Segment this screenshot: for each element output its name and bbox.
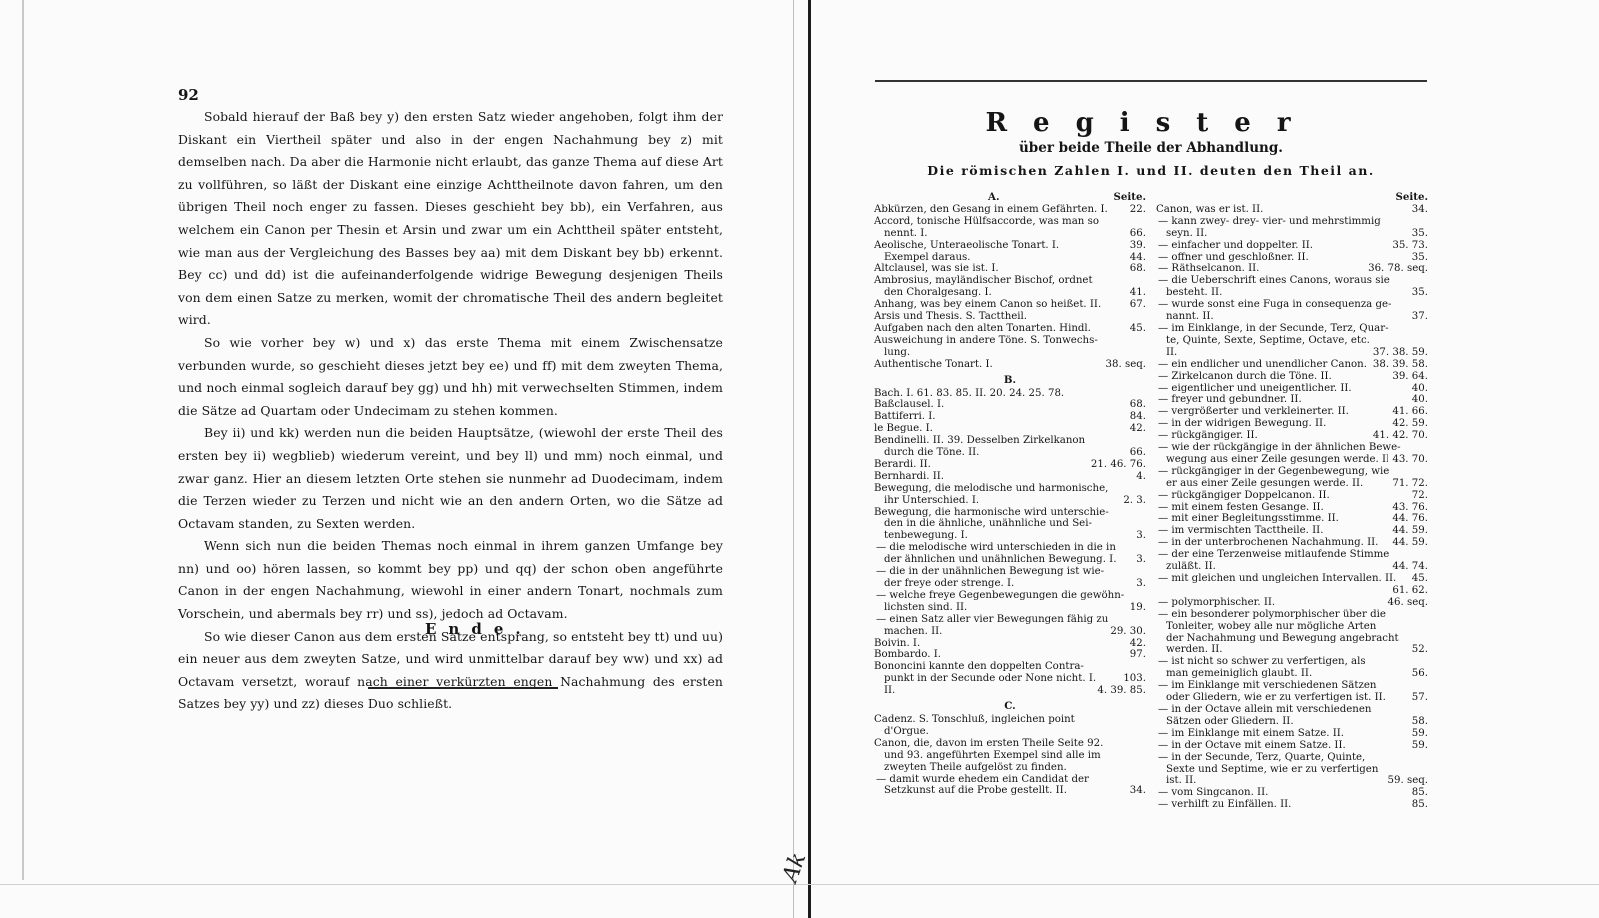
index-entry: punkt in der Secunde oder None nicht. I.… — [874, 673, 1146, 685]
index-entry: — im Einklange mit verschiedenen Sätzen — [1156, 680, 1428, 692]
index-entry: — im Einklange mit einem Satze. II.59. — [1156, 728, 1428, 740]
entry-text: — die in der unähnlichen Bewegung ist wi… — [874, 566, 1142, 578]
entry-text: — im Einklange mit einem Satze. II. — [1156, 728, 1408, 740]
entry-pages: 59. seq. — [1384, 775, 1428, 787]
entry-pages: 97. — [1126, 649, 1146, 661]
entry-text: er aus einer Zeile gesungen werde. II. — [1156, 478, 1388, 490]
entry-text: te, Quinte, Sexte, Septime, Octave, etc. — [1156, 335, 1424, 347]
entry-pages — [1424, 216, 1428, 228]
index-entry: Bewegung, die harmonische wird unterschi… — [874, 507, 1146, 519]
index-entry: — rückgängiger Doppelcanon. II.72. — [1156, 490, 1428, 502]
entry-text: werden. II. — [1156, 644, 1408, 656]
entry-text: Bendinelli. II. 39. Desselben Zirkelkano… — [874, 435, 1142, 447]
paragraph: So wie dieser Canon aus dem ersten Satze… — [178, 626, 723, 716]
entry-pages: 4. — [1132, 471, 1146, 483]
index-entry: Bendinelli. II. 39. Desselben Zirkelkano… — [874, 435, 1146, 447]
index-entry: — einfacher und doppelter. II.35. 73. — [1156, 240, 1428, 252]
index-entry: Ambrosius, mayländischer Bischof, ordnet — [874, 275, 1146, 287]
entry-text: Cadenz. S. Tonschluß, ingleichen point — [874, 714, 1142, 726]
entry-pages: 66. — [1126, 447, 1146, 459]
entry-text: — vergrößerter und verkleinerter. II. — [1156, 406, 1388, 418]
index-entry: — rückgängiger in der Gegenbewegung, wie — [1156, 466, 1428, 478]
index-entry: Authentische Tonart. I.38. seq. — [874, 359, 1146, 371]
entry-pages: 71. 72. — [1388, 478, 1428, 490]
entry-text: — mit gleichen und ungleichen Intervalle… — [1156, 573, 1408, 585]
entry-text: — der eine Terzenweise mitlaufende Stimm… — [1156, 549, 1424, 561]
index-entry: — Zirkelcanon durch die Töne. II.39. 64. — [1156, 371, 1428, 383]
index-entry: — einen Satz aller vier Bewegungen fähig… — [874, 614, 1146, 626]
index-entry: Bombardo. I.97. — [874, 649, 1146, 661]
paragraph: So wie vorher bey w) und x) das erste Th… — [178, 332, 723, 422]
index-entry: — in der unterbrochenen Nachahmung. II.4… — [1156, 537, 1428, 549]
paragraph: Wenn sich nun die beiden Themas noch ein… — [178, 535, 723, 625]
index-entry: Canon, was er ist. II.34. — [1156, 204, 1428, 216]
entry-pages: 29. 30. — [1106, 626, 1146, 638]
entry-text: — polymorphischer. II. — [1156, 597, 1384, 609]
entry-text: der ähnlichen und unähnlichen Bewegung. … — [874, 554, 1132, 566]
entry-pages: 59. — [1408, 728, 1428, 740]
entry-text: Altclausel, was sie ist. I. — [874, 263, 1126, 275]
index-entry: zuläßt. II.44. 74. — [1156, 561, 1428, 573]
entry-pages — [1142, 750, 1146, 762]
page-column-label: Seite. — [1114, 192, 1146, 204]
column-header: A. Seite. — [874, 192, 1146, 204]
entry-text: Anhang, was bey einem Canon so heißet. I… — [874, 299, 1126, 311]
entry-pages: 44. — [1126, 252, 1146, 264]
index-entry: te, Quinte, Sexte, Septime, Octave, etc. — [1156, 335, 1428, 347]
entry-pages: 42. — [1126, 638, 1146, 650]
index-entry: er aus einer Zeile gesungen werde. II.71… — [1156, 478, 1428, 490]
index-entry: der Nachahmung und Bewegung angebracht — [1156, 633, 1428, 645]
index-entry: — im Einklange, in der Secunde, Terz, Qu… — [1156, 323, 1428, 335]
entry-pages: 3. — [1132, 530, 1146, 542]
entry-pages: 38. 39. 58. — [1369, 359, 1428, 371]
entry-pages: 35. — [1408, 228, 1428, 240]
index-entry: — in der Secunde, Terz, Quarte, Quinte, — [1156, 752, 1428, 764]
index-entry: Setzkunst auf die Probe gestellt. II.34. — [874, 785, 1146, 797]
entry-pages: 41. 66. — [1388, 406, 1428, 418]
index-entry: — in der Octave allein mit verschiedenen — [1156, 704, 1428, 716]
section-c: Cadenz. S. Tonschluß, ingleichen pointd'… — [874, 714, 1146, 797]
section-letter: C. — [874, 701, 1146, 713]
entry-text: — Räthselcanon. II. — [1156, 263, 1364, 275]
entry-text: Berardi. II. — [874, 459, 1087, 471]
entry-text: — im Einklange mit verschiedenen Sätzen — [1156, 680, 1424, 692]
index-entry: — mit gleichen und ungleichen Intervalle… — [1156, 573, 1428, 585]
index-entry: — verhilft zu Einfällen. II.85. — [1156, 799, 1428, 811]
entry-text: tenbewegung. I. — [874, 530, 1132, 542]
entry-pages: 40. — [1408, 383, 1428, 395]
index-entry: Bach. I. 61. 83. 85. II. 20. 24. 25. 78. — [874, 388, 1146, 400]
entry-pages — [1424, 633, 1428, 645]
entry-text: Ausweichung in andere Töne. S. Tonwechs- — [874, 335, 1142, 347]
entry-pages — [1142, 542, 1146, 554]
entry-pages: 72. — [1408, 490, 1428, 502]
paragraph: Bey ii) und kk) werden nun die beiden Ha… — [178, 422, 723, 535]
entry-text: Bewegung, die harmonische wird unterschi… — [874, 507, 1142, 519]
index-entry: tenbewegung. I.3. — [874, 530, 1146, 542]
index-entry: — vom Singcanon. II.85. — [1156, 787, 1428, 799]
entry-text: — im vermischten Tacttheile. II. — [1156, 525, 1388, 537]
entry-text: Sätzen oder Gliedern. II. — [1156, 716, 1408, 728]
handwritten-mark: Ak — [778, 849, 811, 885]
entry-pages: 38. seq. — [1102, 359, 1146, 371]
entry-text: — in der unterbrochenen Nachahmung. II. — [1156, 537, 1388, 549]
entry-text: Setzkunst auf die Probe gestellt. II. — [874, 785, 1126, 797]
entry-pages: 42. 59. — [1388, 418, 1428, 430]
entry-pages: 39. — [1126, 240, 1146, 252]
index-entry: — der eine Terzenweise mitlaufende Stimm… — [1156, 549, 1428, 561]
entry-pages: 45. — [1126, 323, 1146, 335]
index-entry: lichsten sind. II.19. — [874, 602, 1146, 614]
entry-text: Bernhardi. II. — [874, 471, 1132, 483]
entry-text: Bewegung, die melodische und harmonische… — [874, 483, 1142, 495]
section-a: Abkürzen, den Gesang in einem Gefährten.… — [874, 204, 1146, 371]
entry-text: — mit einer Begleitungsstimme. II. — [1156, 513, 1388, 525]
entry-text: seyn. II. — [1156, 228, 1408, 240]
entry-pages — [1142, 275, 1146, 287]
index-entry: Abkürzen, den Gesang in einem Gefährten.… — [874, 204, 1146, 216]
gutter-shadow — [793, 0, 794, 918]
closing-rule — [368, 687, 558, 689]
book-gutter — [808, 0, 811, 918]
entry-text: — offner und geschloßner. II. — [1156, 252, 1408, 264]
entry-pages: 4. 39. 85. — [1093, 685, 1146, 697]
section-letter: B. — [874, 375, 1146, 387]
entry-pages: 66. — [1126, 228, 1146, 240]
entry-text: Authentische Tonart. I. — [874, 359, 1102, 371]
entry-pages: 34. — [1126, 785, 1146, 797]
index-entry: der ähnlichen und unähnlichen Bewegung. … — [874, 554, 1146, 566]
entry-text: den in die ähnliche, unähnliche und Sei- — [874, 518, 1142, 530]
index-entry: lung. — [874, 347, 1146, 359]
index-entry: Ausweichung in andere Töne. S. Tonwechs- — [874, 335, 1146, 347]
entry-pages — [1424, 609, 1428, 621]
entry-text: ihr Unterschied. I. — [874, 495, 1119, 507]
entry-text: Canon, was er ist. II. — [1156, 204, 1408, 216]
index-entry: — mit einem festen Gesange. II.43. 76. — [1156, 502, 1428, 514]
index-entry: — mit einer Begleitungsstimme. II.44. 76… — [1156, 513, 1428, 525]
entry-text: — kann zwey- drey- vier- und mehrstimmig — [1156, 216, 1424, 228]
index-entry: Altclausel, was sie ist. I.68. — [874, 263, 1146, 275]
index-entry: der freye oder strenge. I.3. — [874, 578, 1146, 590]
entry-pages: 61. 62. — [1388, 585, 1428, 597]
entry-text: — eigentlicher und uneigentlicher. II. — [1156, 383, 1408, 395]
entry-pages: 34. — [1408, 204, 1428, 216]
index-entry: den in die ähnliche, unähnliche und Sei- — [874, 518, 1146, 530]
entry-pages: 3. — [1132, 578, 1146, 590]
column-header: Seite. — [1156, 192, 1428, 204]
entry-pages: 57. — [1408, 692, 1428, 704]
index-entry: ist. II.59. seq. — [1156, 775, 1428, 787]
entry-text: Ambrosius, mayländischer Bischof, ordnet — [874, 275, 1142, 287]
entry-text: Boivin. I. — [874, 638, 1126, 650]
entry-pages — [1424, 442, 1428, 454]
entry-text: — verhilft zu Einfällen. II. — [1156, 799, 1408, 811]
index-entry: seyn. II.35. — [1156, 228, 1428, 240]
page-number: 92 — [178, 86, 723, 104]
entry-pages — [1142, 216, 1146, 228]
entry-pages: 2. 3. — [1119, 495, 1146, 507]
entry-text — [1156, 585, 1388, 597]
index-entry: durch die Töne. II.66. — [874, 447, 1146, 459]
index-entry: — im vermischten Tacttheile. II.44. 59. — [1156, 525, 1428, 537]
entry-text: der Nachahmung und Bewegung angebracht — [1156, 633, 1424, 645]
ende-heading: Ende. — [425, 620, 533, 638]
entry-pages — [1142, 590, 1146, 602]
entry-text: Bach. I. 61. 83. 85. II. 20. 24. 25. 78. — [874, 388, 1142, 400]
entry-pages: 35. — [1408, 287, 1428, 299]
entry-pages: 39. 64. — [1388, 371, 1428, 383]
index-entry: wegung aus einer Zeile gesungen werde. I… — [1156, 454, 1428, 466]
entry-text: Canon, die, davon im ersten Theile Seite… — [874, 738, 1142, 750]
index-entry: — polymorphischer. II.46. seq. — [1156, 597, 1428, 609]
index-entry: 61. 62. — [1156, 585, 1428, 597]
entry-text: — vom Singcanon. II. — [1156, 787, 1408, 799]
entry-pages — [1424, 549, 1428, 561]
index-entry: Aufgaben nach den alten Tonarten. Hindl.… — [874, 323, 1146, 335]
index-entry: — freyer und gebundner. II.40. — [1156, 394, 1428, 406]
entry-text: — ein besonderer polymorphischer über di… — [1156, 609, 1424, 621]
entry-pages — [1424, 752, 1428, 764]
entry-pages: 67. — [1126, 299, 1146, 311]
header-rule — [875, 80, 1427, 82]
entry-text: Accord, tonische Hülfsaccorde, was man s… — [874, 216, 1142, 228]
entry-text: — Zirkelcanon durch die Töne. II. — [1156, 371, 1388, 383]
entry-text: — ein endlicher und unendlicher Canon. I… — [1156, 359, 1369, 371]
index-entry: — kann zwey- drey- vier- und mehrstimmig — [1156, 216, 1428, 228]
index-entry: — die Ueberschrift eines Canons, woraus … — [1156, 275, 1428, 287]
entry-pages: 35. — [1408, 252, 1428, 264]
index-entry: — ein besonderer polymorphischer über di… — [1156, 609, 1428, 621]
index-entry: Sexte und Septime, wie er zu verfertigen — [1156, 764, 1428, 776]
index-entry: II.37. 38. 59. — [1156, 347, 1428, 359]
entry-pages: 35. 73. — [1388, 240, 1428, 252]
entry-text: — einen Satz aller vier Bewegungen fähig… — [874, 614, 1142, 626]
entry-pages — [1424, 656, 1428, 668]
index-entry: — vergrößerter und verkleinerter. II.41.… — [1156, 406, 1428, 418]
entry-pages: 56. — [1408, 668, 1428, 680]
entry-pages — [1424, 764, 1428, 776]
entry-text: Bononcini kannte den doppelten Contra- — [874, 661, 1142, 673]
entry-pages: 43. 76. — [1388, 502, 1428, 514]
index-entry: man gemeiniglich glaubt. II.56. — [1156, 668, 1428, 680]
entry-text: ist. II. — [1156, 775, 1384, 787]
index-entry: — ein endlicher und unendlicher Canon. I… — [1156, 359, 1428, 371]
entry-pages — [1424, 680, 1428, 692]
entry-pages — [1142, 738, 1146, 750]
entry-text: den Choralgesang. I. — [874, 287, 1126, 299]
entry-pages — [1142, 507, 1146, 519]
index-entry: Baßclausel. I.68. — [874, 399, 1146, 411]
entry-pages: 45. — [1408, 573, 1428, 585]
entry-text: — in der Octave allein mit verschiedenen — [1156, 704, 1424, 716]
entry-pages: 52. — [1408, 644, 1428, 656]
entry-pages — [1142, 614, 1146, 626]
index-entry: Bononcini kannte den doppelten Contra- — [874, 661, 1146, 673]
entry-pages: 85. — [1408, 799, 1428, 811]
entry-text: II. — [874, 685, 1093, 697]
entry-text: — die Ueberschrift eines Canons, woraus … — [1156, 275, 1424, 287]
entry-text: — mit einem festen Gesange. II. — [1156, 502, 1388, 514]
entry-text: besteht. II. — [1156, 287, 1408, 299]
entry-pages: 44. 59. — [1388, 537, 1428, 549]
entry-pages: 68. — [1126, 399, 1146, 411]
entry-text: — einfacher und doppelter. II. — [1156, 240, 1388, 252]
entry-text: Sexte und Septime, wie er zu verfertigen — [1156, 764, 1424, 776]
entry-text: le Begue. I. — [874, 423, 1126, 435]
register-title: Register — [875, 108, 1427, 138]
entry-text: zweyten Theile aufgelöst zu finden. — [874, 762, 1142, 774]
entry-pages: 44. 74. — [1388, 561, 1428, 573]
index-entry: — wurde sonst eine Fuga in consequenza g… — [1156, 299, 1428, 311]
entry-pages: 21. 46. 76. — [1087, 459, 1146, 471]
register-note: Die römischen Zahlen I. und II. deuten d… — [875, 163, 1427, 178]
entry-text: machen. II. — [874, 626, 1106, 638]
page-edge — [22, 0, 24, 880]
entry-text: — in der Octave mit einem Satze. II. — [1156, 740, 1408, 752]
register-column-left: A. Seite. Abkürzen, den Gesang in einem … — [874, 192, 1146, 797]
entry-text: Abkürzen, den Gesang in einem Gefährten.… — [874, 204, 1126, 216]
entry-text: — in der widrigen Bewegung. II. — [1156, 418, 1388, 430]
index-entry: nennt. I.66. — [874, 228, 1146, 240]
entry-pages: 103. — [1119, 673, 1146, 685]
index-entry: Tonleiter, wobey alle nur mögliche Arten — [1156, 621, 1428, 633]
entry-text: lichsten sind. II. — [874, 602, 1126, 614]
entry-pages: 3. — [1132, 554, 1146, 566]
entry-text: — im Einklange, in der Secunde, Terz, Qu… — [1156, 323, 1424, 335]
entry-text: durch die Töne. II. — [874, 447, 1126, 459]
entry-pages: 85. — [1408, 787, 1428, 799]
entry-pages — [1424, 335, 1428, 347]
index-entry: Canon, die, davon im ersten Theile Seite… — [874, 738, 1146, 750]
entry-pages — [1424, 621, 1428, 633]
entry-text: — in der Secunde, Terz, Quarte, Quinte, — [1156, 752, 1424, 764]
entry-pages: 37. 38. 59. — [1369, 347, 1428, 359]
entry-text: d'Orgue. — [874, 726, 1142, 738]
entry-pages: 44. 59. — [1388, 525, 1428, 537]
entry-text: lung. — [874, 347, 1142, 359]
entry-pages: 37. — [1408, 311, 1428, 323]
index-entry: Aeolische, Unteraeolische Tonart. I.39. — [874, 240, 1146, 252]
entry-pages — [1424, 466, 1428, 478]
paragraph: Sobald hierauf der Baß bey y) den ersten… — [178, 106, 723, 332]
index-entry: — rückgängiger. II.41. 42. 70. — [1156, 430, 1428, 442]
entry-text: zuläßt. II. — [1156, 561, 1388, 573]
index-entry: Bernhardi. II.4. — [874, 471, 1146, 483]
index-entry: machen. II.29. 30. — [874, 626, 1146, 638]
entry-text: Bombardo. I. — [874, 649, 1126, 661]
index-entry: besteht. II.35. — [1156, 287, 1428, 299]
index-entry: Anhang, was bey einem Canon so heißet. I… — [874, 299, 1146, 311]
index-entry: Arsis und Thesis. S. Tacttheil. — [874, 311, 1146, 323]
index-entry: II.4. 39. 85. — [874, 685, 1146, 697]
index-entry: — eigentlicher und uneigentlicher. II.40… — [1156, 383, 1428, 395]
entry-text: — wie der rückgängige in der ähnlichen B… — [1156, 442, 1424, 454]
entry-pages: 84. — [1126, 411, 1146, 423]
section-c-continued: Canon, was er ist. II.34.— kann zwey- dr… — [1156, 204, 1428, 811]
entry-pages: 22. — [1126, 204, 1146, 216]
entry-text: Battiferri. I. — [874, 411, 1126, 423]
entry-pages — [1142, 762, 1146, 774]
entry-text: — welche freye Gegenbewegungen die gewöh… — [874, 590, 1142, 602]
entry-pages: 40. — [1408, 394, 1428, 406]
index-entry: Cadenz. S. Tonschluß, ingleichen point — [874, 714, 1146, 726]
entry-pages — [1142, 347, 1146, 359]
entry-pages: 43. 70. — [1388, 454, 1428, 466]
entry-text: punkt in der Secunde oder None nicht. I. — [874, 673, 1119, 685]
index-entry: zweyten Theile aufgelöst zu finden. — [874, 762, 1146, 774]
index-entry: — Räthselcanon. II.36. 78. seq. — [1156, 263, 1428, 275]
entry-text: der freye oder strenge. I. — [874, 578, 1132, 590]
index-entry: nannt. II.37. — [1156, 311, 1428, 323]
index-entry: Boivin. I.42. — [874, 638, 1146, 650]
entry-text: — rückgängiger Doppelcanon. II. — [1156, 490, 1408, 502]
index-entry: — in der widrigen Bewegung. II.42. 59. — [1156, 418, 1428, 430]
register-subtitle: über beide Theile der Abhandlung. — [875, 140, 1427, 156]
entry-pages — [1424, 704, 1428, 716]
entry-pages — [1142, 311, 1146, 323]
entry-pages: 58. — [1408, 716, 1428, 728]
index-entry: Battiferri. I.84. — [874, 411, 1146, 423]
index-entry: oder Gliedern, wie er zu verfertigen ist… — [1156, 692, 1428, 704]
index-entry: werden. II.52. — [1156, 644, 1428, 656]
entry-text: man gemeiniglich glaubt. II. — [1156, 668, 1408, 680]
index-entry: und 93. angeführten Exempel sind alle im — [874, 750, 1146, 762]
entry-pages: 59. — [1408, 740, 1428, 752]
index-entry: — die in der unähnlichen Bewegung ist wi… — [874, 566, 1146, 578]
entry-pages: 42. — [1126, 423, 1146, 435]
entry-pages — [1142, 435, 1146, 447]
index-entry: — die melodische wird unterschieden in d… — [874, 542, 1146, 554]
entry-pages — [1142, 566, 1146, 578]
entry-text: nannt. II. — [1156, 311, 1408, 323]
entry-text: II. — [1156, 347, 1369, 359]
entry-pages: 36. 78. seq. — [1364, 263, 1428, 275]
register-column-right: Seite. Canon, was er ist. II.34.— kann z… — [1156, 192, 1428, 811]
entry-text: — ist nicht so schwer zu verfertigen, al… — [1156, 656, 1424, 668]
index-entry: le Begue. I.42. — [874, 423, 1146, 435]
index-entry: Sätzen oder Gliedern. II.58. — [1156, 716, 1428, 728]
index-entry: — in der Octave mit einem Satze. II.59. — [1156, 740, 1428, 752]
entry-text: wegung aus einer Zeile gesungen werde. I… — [1156, 454, 1388, 466]
entry-text: — rückgängiger. II. — [1156, 430, 1369, 442]
entry-pages: 46. seq. — [1384, 597, 1428, 609]
entry-pages — [1424, 323, 1428, 335]
entry-text: Tonleiter, wobey alle nur mögliche Arten — [1156, 621, 1424, 633]
entry-pages: 41. — [1126, 287, 1146, 299]
entry-text: — freyer und gebundner. II. — [1156, 394, 1408, 406]
entry-text: Arsis und Thesis. S. Tacttheil. — [874, 311, 1142, 323]
index-entry: Bewegung, die melodische und harmonische… — [874, 483, 1146, 495]
entry-text: — die melodische wird unterschieden in d… — [874, 542, 1142, 554]
entry-pages — [1424, 275, 1428, 287]
index-entry: ihr Unterschied. I.2. 3. — [874, 495, 1146, 507]
entry-text: oder Gliedern, wie er zu verfertigen ist… — [1156, 692, 1408, 704]
index-entry: — ist nicht so schwer zu verfertigen, al… — [1156, 656, 1428, 668]
index-entry: Berardi. II.21. 46. 76. — [874, 459, 1146, 471]
entry-pages — [1142, 714, 1146, 726]
entry-text: und 93. angeführten Exempel sind alle im — [874, 750, 1142, 762]
entry-text: — rückgängiger in der Gegenbewegung, wie — [1156, 466, 1424, 478]
index-entry: Exempel daraus.44. — [874, 252, 1146, 264]
entry-text: — wurde sonst eine Fuga in consequenza g… — [1156, 299, 1424, 311]
book-spread: Ak 92 Sobald hierauf der Baß bey y) den … — [0, 0, 1599, 918]
index-entry: d'Orgue. — [874, 726, 1146, 738]
index-entry: Accord, tonische Hülfsaccorde, was man s… — [874, 216, 1146, 228]
entry-pages: 41. 42. 70. — [1369, 430, 1428, 442]
entry-pages — [1142, 388, 1146, 400]
